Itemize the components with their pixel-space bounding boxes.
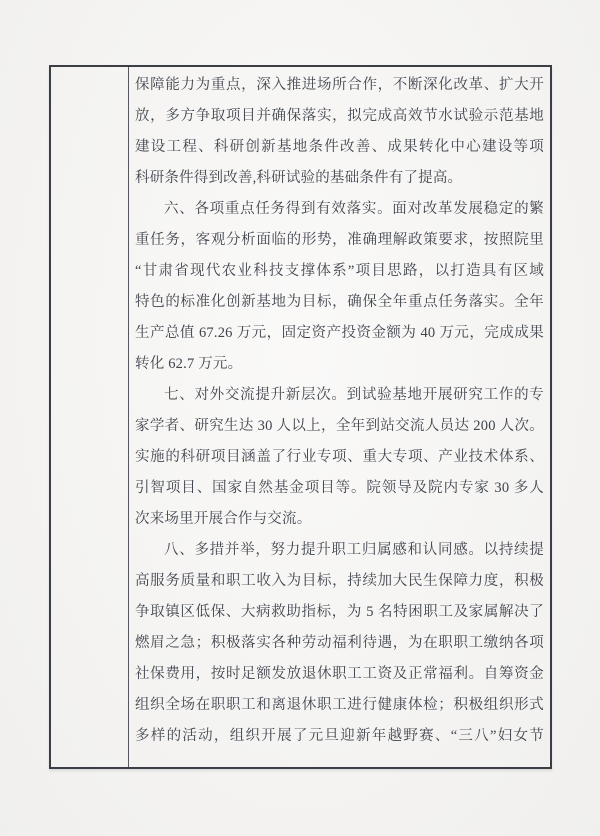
report-table: 保障能力为重点，深入推进场所合作，不断深化改革、扩大开放，多方争取项目并确保落实…: [49, 65, 552, 769]
text-line: 转化 62.7 万元。: [135, 349, 544, 380]
text-line: 实施的科研项目涵盖了行业专项、重大专项、产业技术体系、: [135, 442, 544, 473]
text-line: 生产总值 67.26 万元，固定资产投资金额为 40 万元，完成成果: [135, 318, 544, 349]
text-line: 高服务质量和职工收入为目标，持续加大民生保障力度，积极: [135, 566, 544, 597]
text-line: 家学者、研究生达 30 人以上，全年到站交流人员达 200 人次。: [135, 411, 544, 442]
text-line: 特色的标准化创新基地为目标，确保全年重点任务落实。全年: [135, 287, 544, 318]
text-line: 次来场里开展合作与交流。: [135, 504, 544, 535]
report-body-cell: 保障能力为重点，深入推进场所合作，不断深化改革、扩大开放，多方争取项目并确保落实…: [129, 67, 550, 767]
text-line: 六、各项重点任务得到有效落实。面对改革发展稳定的繁: [135, 194, 544, 225]
text-line: 建设工程、科研创新基地条件改善、成果转化中心建设等项目，: [135, 132, 544, 163]
text-line: 社保费用，按时足额发放退休职工工资及正常福利。自筹资金: [135, 659, 544, 690]
text-line: 科研条件得到改善,科研试验的基础条件有了提高。: [135, 163, 544, 194]
text-line: 燃眉之急；积极落实各种劳动福利待遇，为在职职工缴纳各项: [135, 628, 544, 659]
text-line: 争取镇区低保、大病救助指标，为 5 名特困职工及家属解决了: [135, 597, 544, 628]
document-page: 保障能力为重点，深入推进场所合作，不断深化改革、扩大开放，多方争取项目并确保落实…: [0, 0, 600, 836]
text-line: 保障能力为重点，深入推进场所合作，不断深化改革、扩大开: [135, 70, 544, 101]
text-line: 八、多措并举，努力提升职工归属感和认同感。以持续提: [135, 535, 544, 566]
text-line: 七、对外交流提升新层次。到试验基地开展研究工作的专: [135, 380, 544, 411]
text-line: 组织全场在职职工和离退休职工进行健康体检；积极组织形式: [135, 690, 544, 721]
text-line: 多样的活动，组织开展了元旦迎新年越野赛、“三八”妇女节: [135, 721, 544, 752]
text-line: 重任务，客观分析面临的形势，准确理解政策要求，按照院里: [135, 225, 544, 256]
text-line: 引智项目、国家自然基金项目等。院领导及院内专家 30 多人: [135, 473, 544, 504]
text-line: “甘肃省现代农业科技支撑体系”项目思路，以打造具有区域: [135, 256, 544, 287]
text-line: 放，多方争取项目并确保落实，拟完成高效节水试验示范基地: [135, 101, 544, 132]
empty-label-cell: [51, 67, 129, 767]
